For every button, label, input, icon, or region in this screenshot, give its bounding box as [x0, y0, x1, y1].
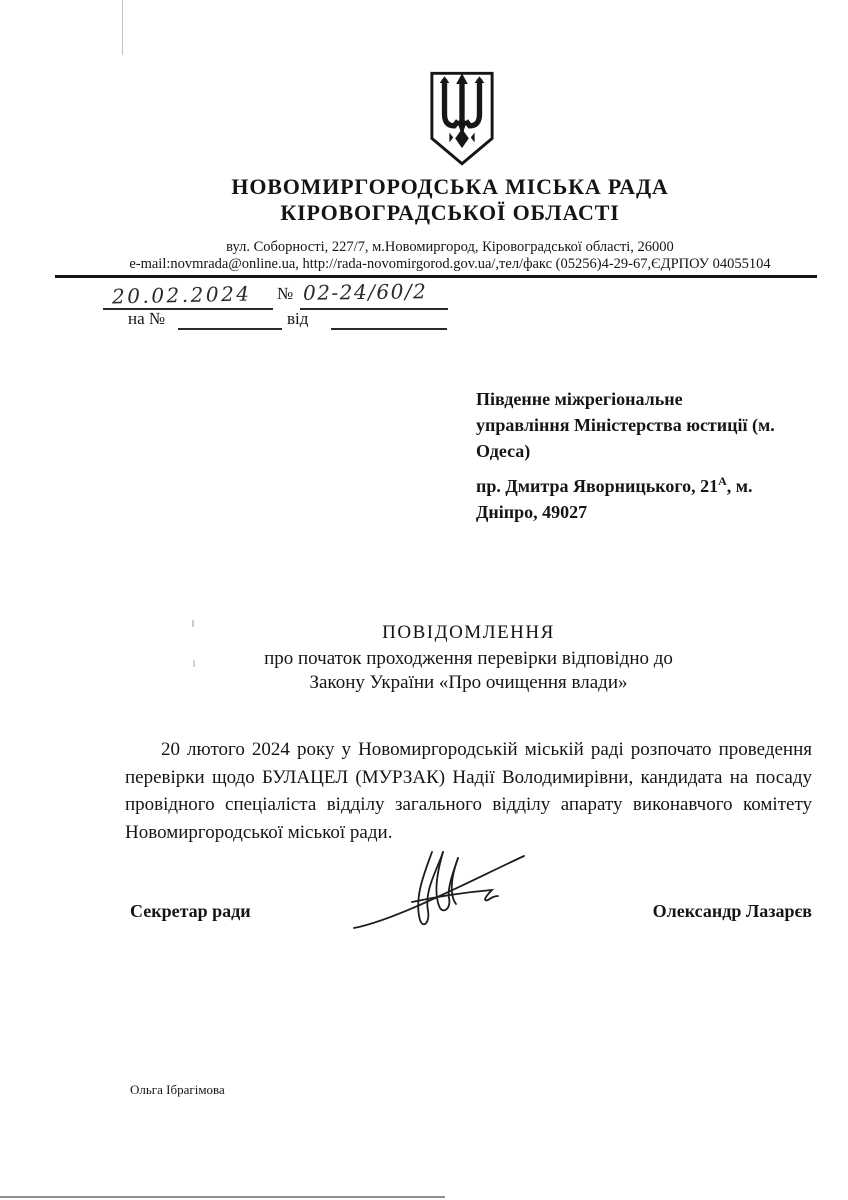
org-address: вул. Соборності, 227/7, м.Новомиргород, …: [52, 239, 848, 255]
org-contacts: e-mail:novmrada@online.ua, http://rada-n…: [52, 256, 848, 272]
outgoing-date-handwritten: 20.02.2024: [112, 282, 252, 309]
building-letter-superscript: А: [718, 474, 727, 488]
scan-artifact-bottom-edge: [0, 1196, 445, 1198]
recipient-block: Південне міжрегіональне управління Мініс…: [476, 386, 826, 525]
scan-artifact-line: [122, 0, 123, 55]
document-subtitle-line1: про початок проходження перевірки відпов…: [125, 647, 812, 671]
scan-artifact-mark: [192, 620, 194, 627]
org-name: НОВОМИРГОРОДСЬКА МІСЬКА РАДА КІРОВОГРАДС…: [52, 174, 848, 226]
number-sign: №: [277, 284, 293, 304]
reply-to-number-label: на №: [128, 309, 165, 329]
recipient-line: Південне міжрегіональне: [476, 386, 826, 412]
scanned-letter-page: НОВОМИРГОРОДСЬКА МІСЬКА РАДА КІРОВОГРАДС…: [0, 0, 848, 1200]
signer-name: Олександр Лазарєв: [125, 901, 812, 922]
scan-artifact-mark: [193, 660, 195, 667]
org-name-line2: КІРОВОГРАДСЬКОЇ ОБЛАСТІ: [52, 200, 848, 226]
executor-name: Ольга Ібрагімова: [130, 1082, 225, 1098]
trident-emblem-icon: [428, 70, 496, 168]
recipient-street-line: пр. Дмитра Яворницького, 21А, м.: [476, 473, 826, 499]
outgoing-number-handwritten: 02-24/60/2: [303, 279, 428, 305]
reply-date-blank: [331, 328, 447, 330]
document-subtitle-line2: Закону України «Про очищення влади»: [125, 671, 812, 695]
recipient-line: Одеса): [476, 438, 826, 464]
document-title-block: ПОВІДОМЛЕННЯ про початок проходження пер…: [125, 621, 812, 695]
reply-from-label: від: [287, 309, 308, 329]
header-divider: [55, 275, 817, 278]
number-underline: [300, 308, 448, 310]
body-paragraph: 20 лютого 2024 року у Новомиргородській …: [125, 736, 812, 846]
recipient-city-line: Дніпро, 49027: [476, 499, 826, 525]
reply-number-blank: [178, 328, 282, 330]
recipient-line: управління Міністерства юстиції (м.: [476, 412, 826, 438]
document-title: ПОВІДОМЛЕННЯ: [125, 621, 812, 645]
org-name-line1: НОВОМИРГОРОДСЬКА МІСЬКА РАДА: [52, 174, 848, 200]
